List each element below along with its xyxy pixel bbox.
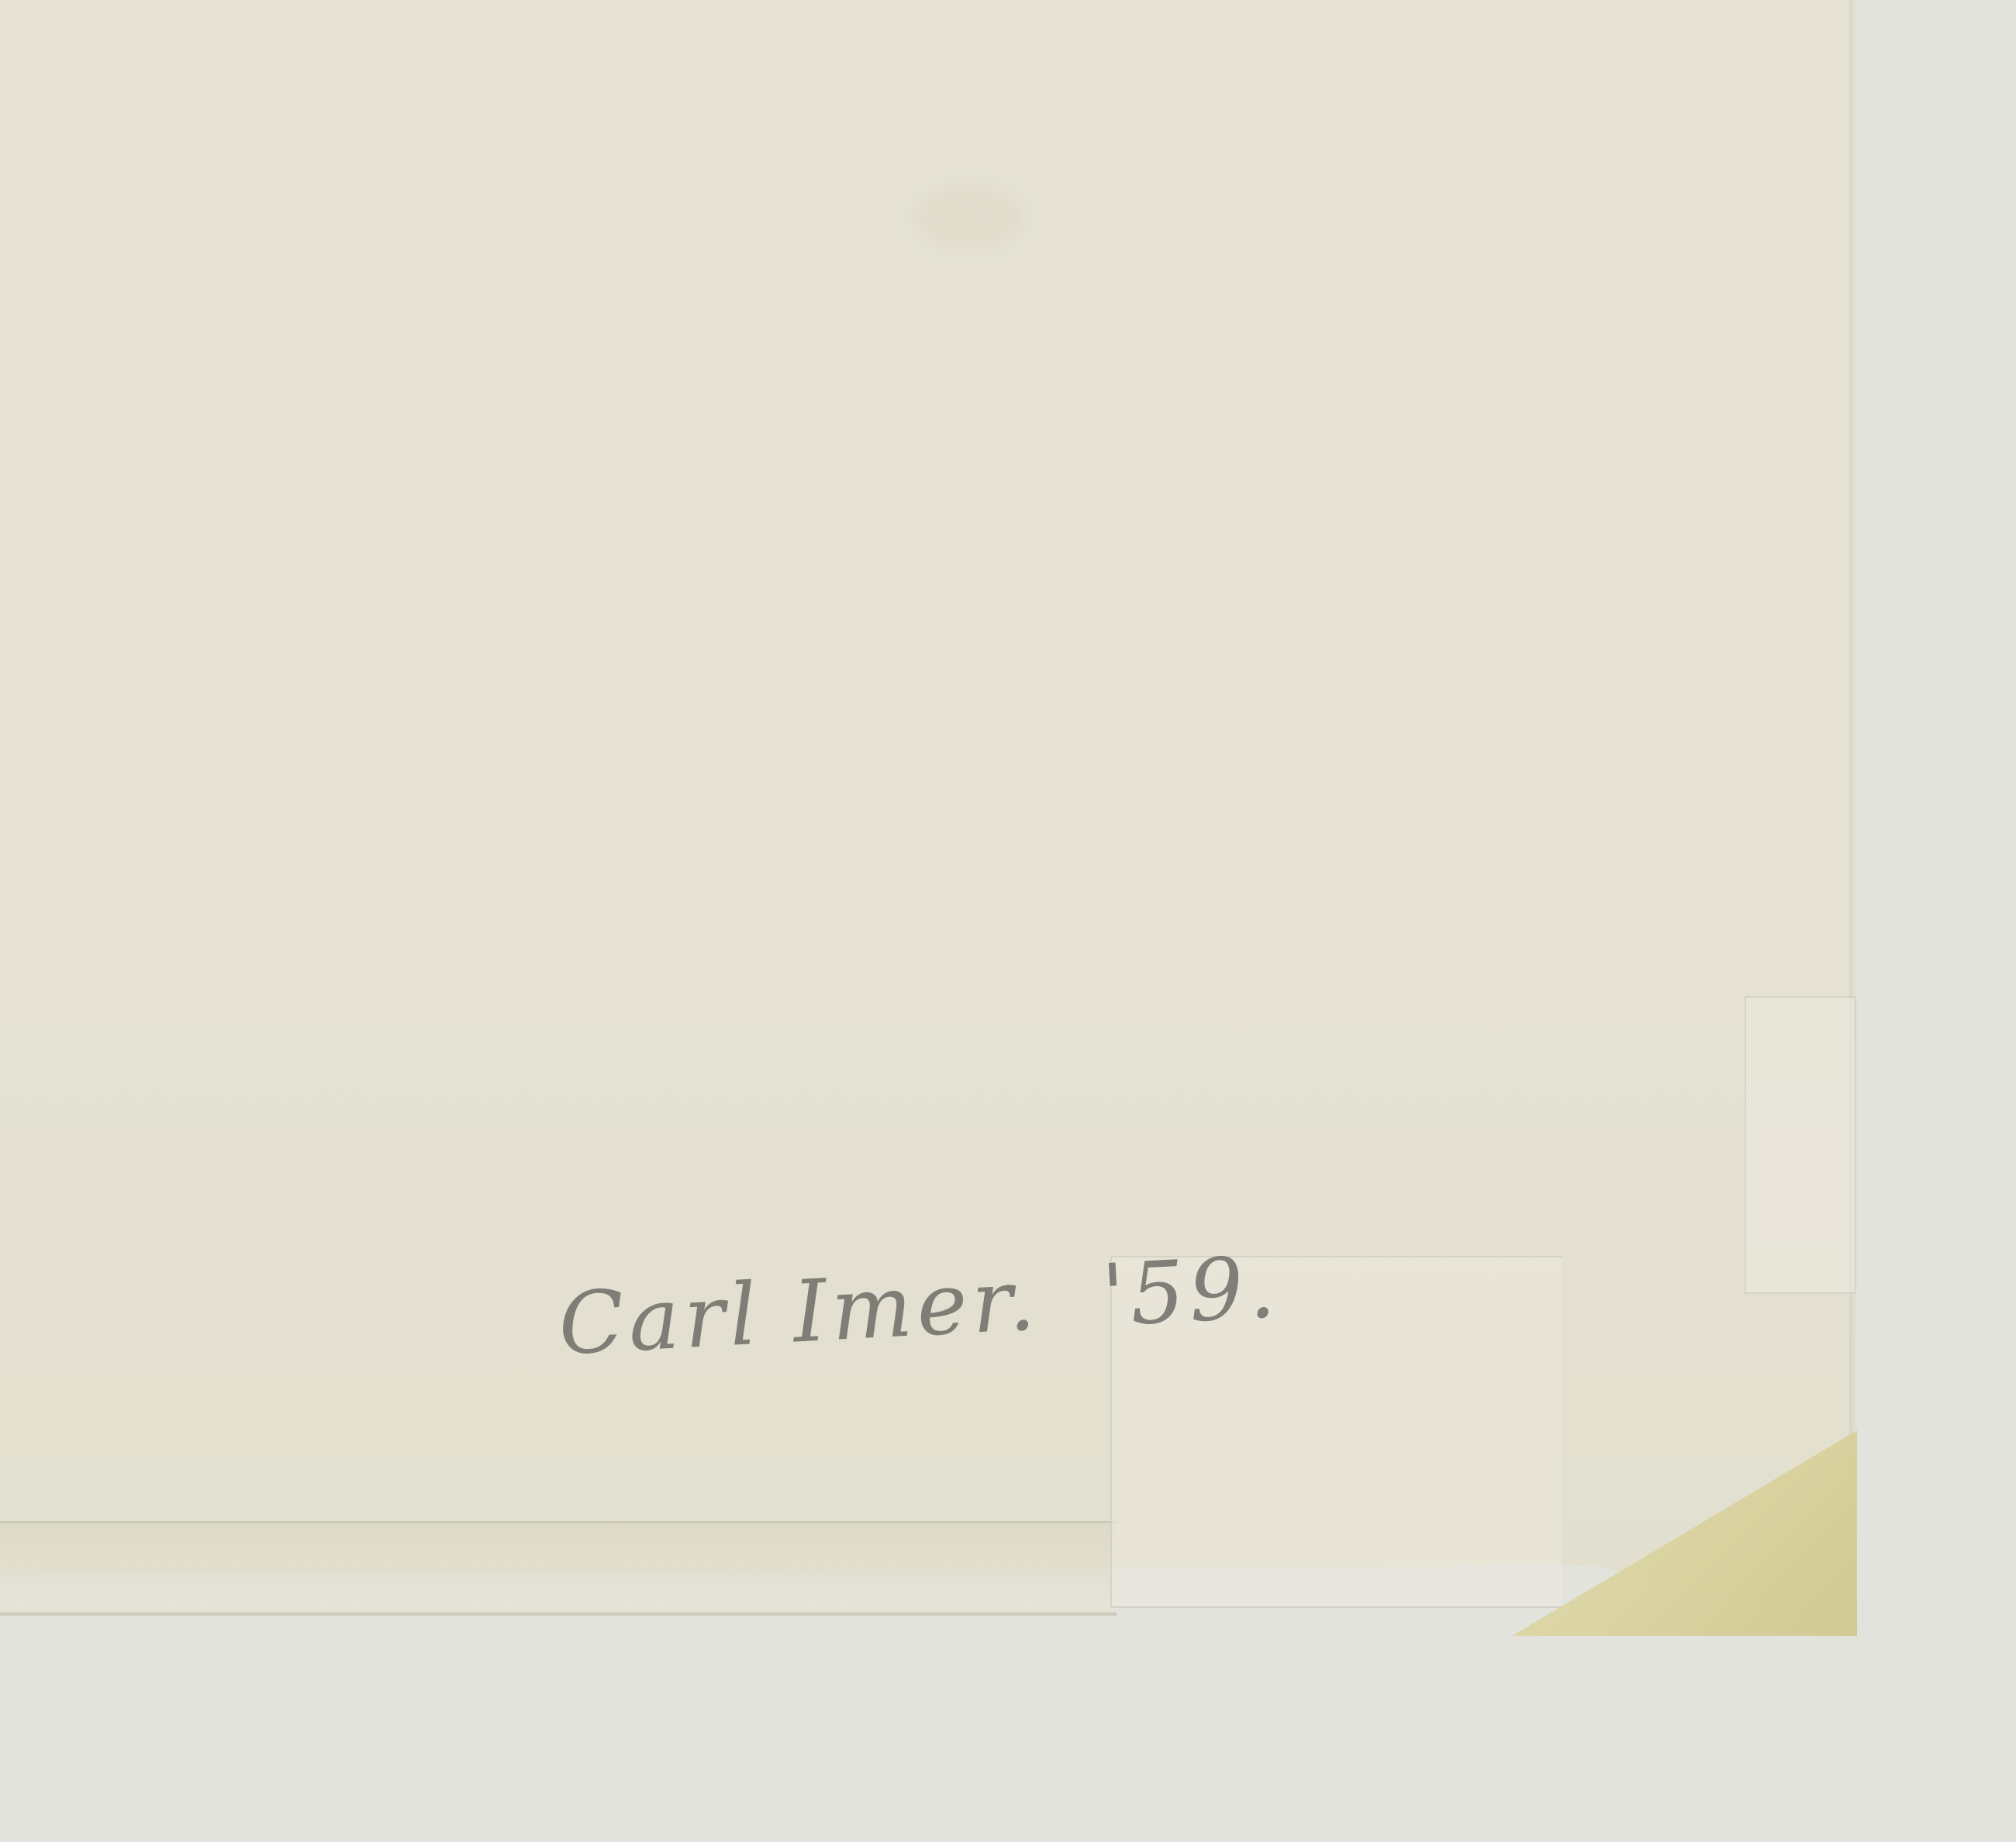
signature-year: '59. [1099,1237,1282,1346]
paper-right-edge [1849,0,1857,1589]
paper-sheet [0,0,1855,1614]
right-edge-tape-piece [1745,996,1856,1294]
paper-stain [915,186,1024,248]
bottom-tape-strip [0,1521,1117,1616]
